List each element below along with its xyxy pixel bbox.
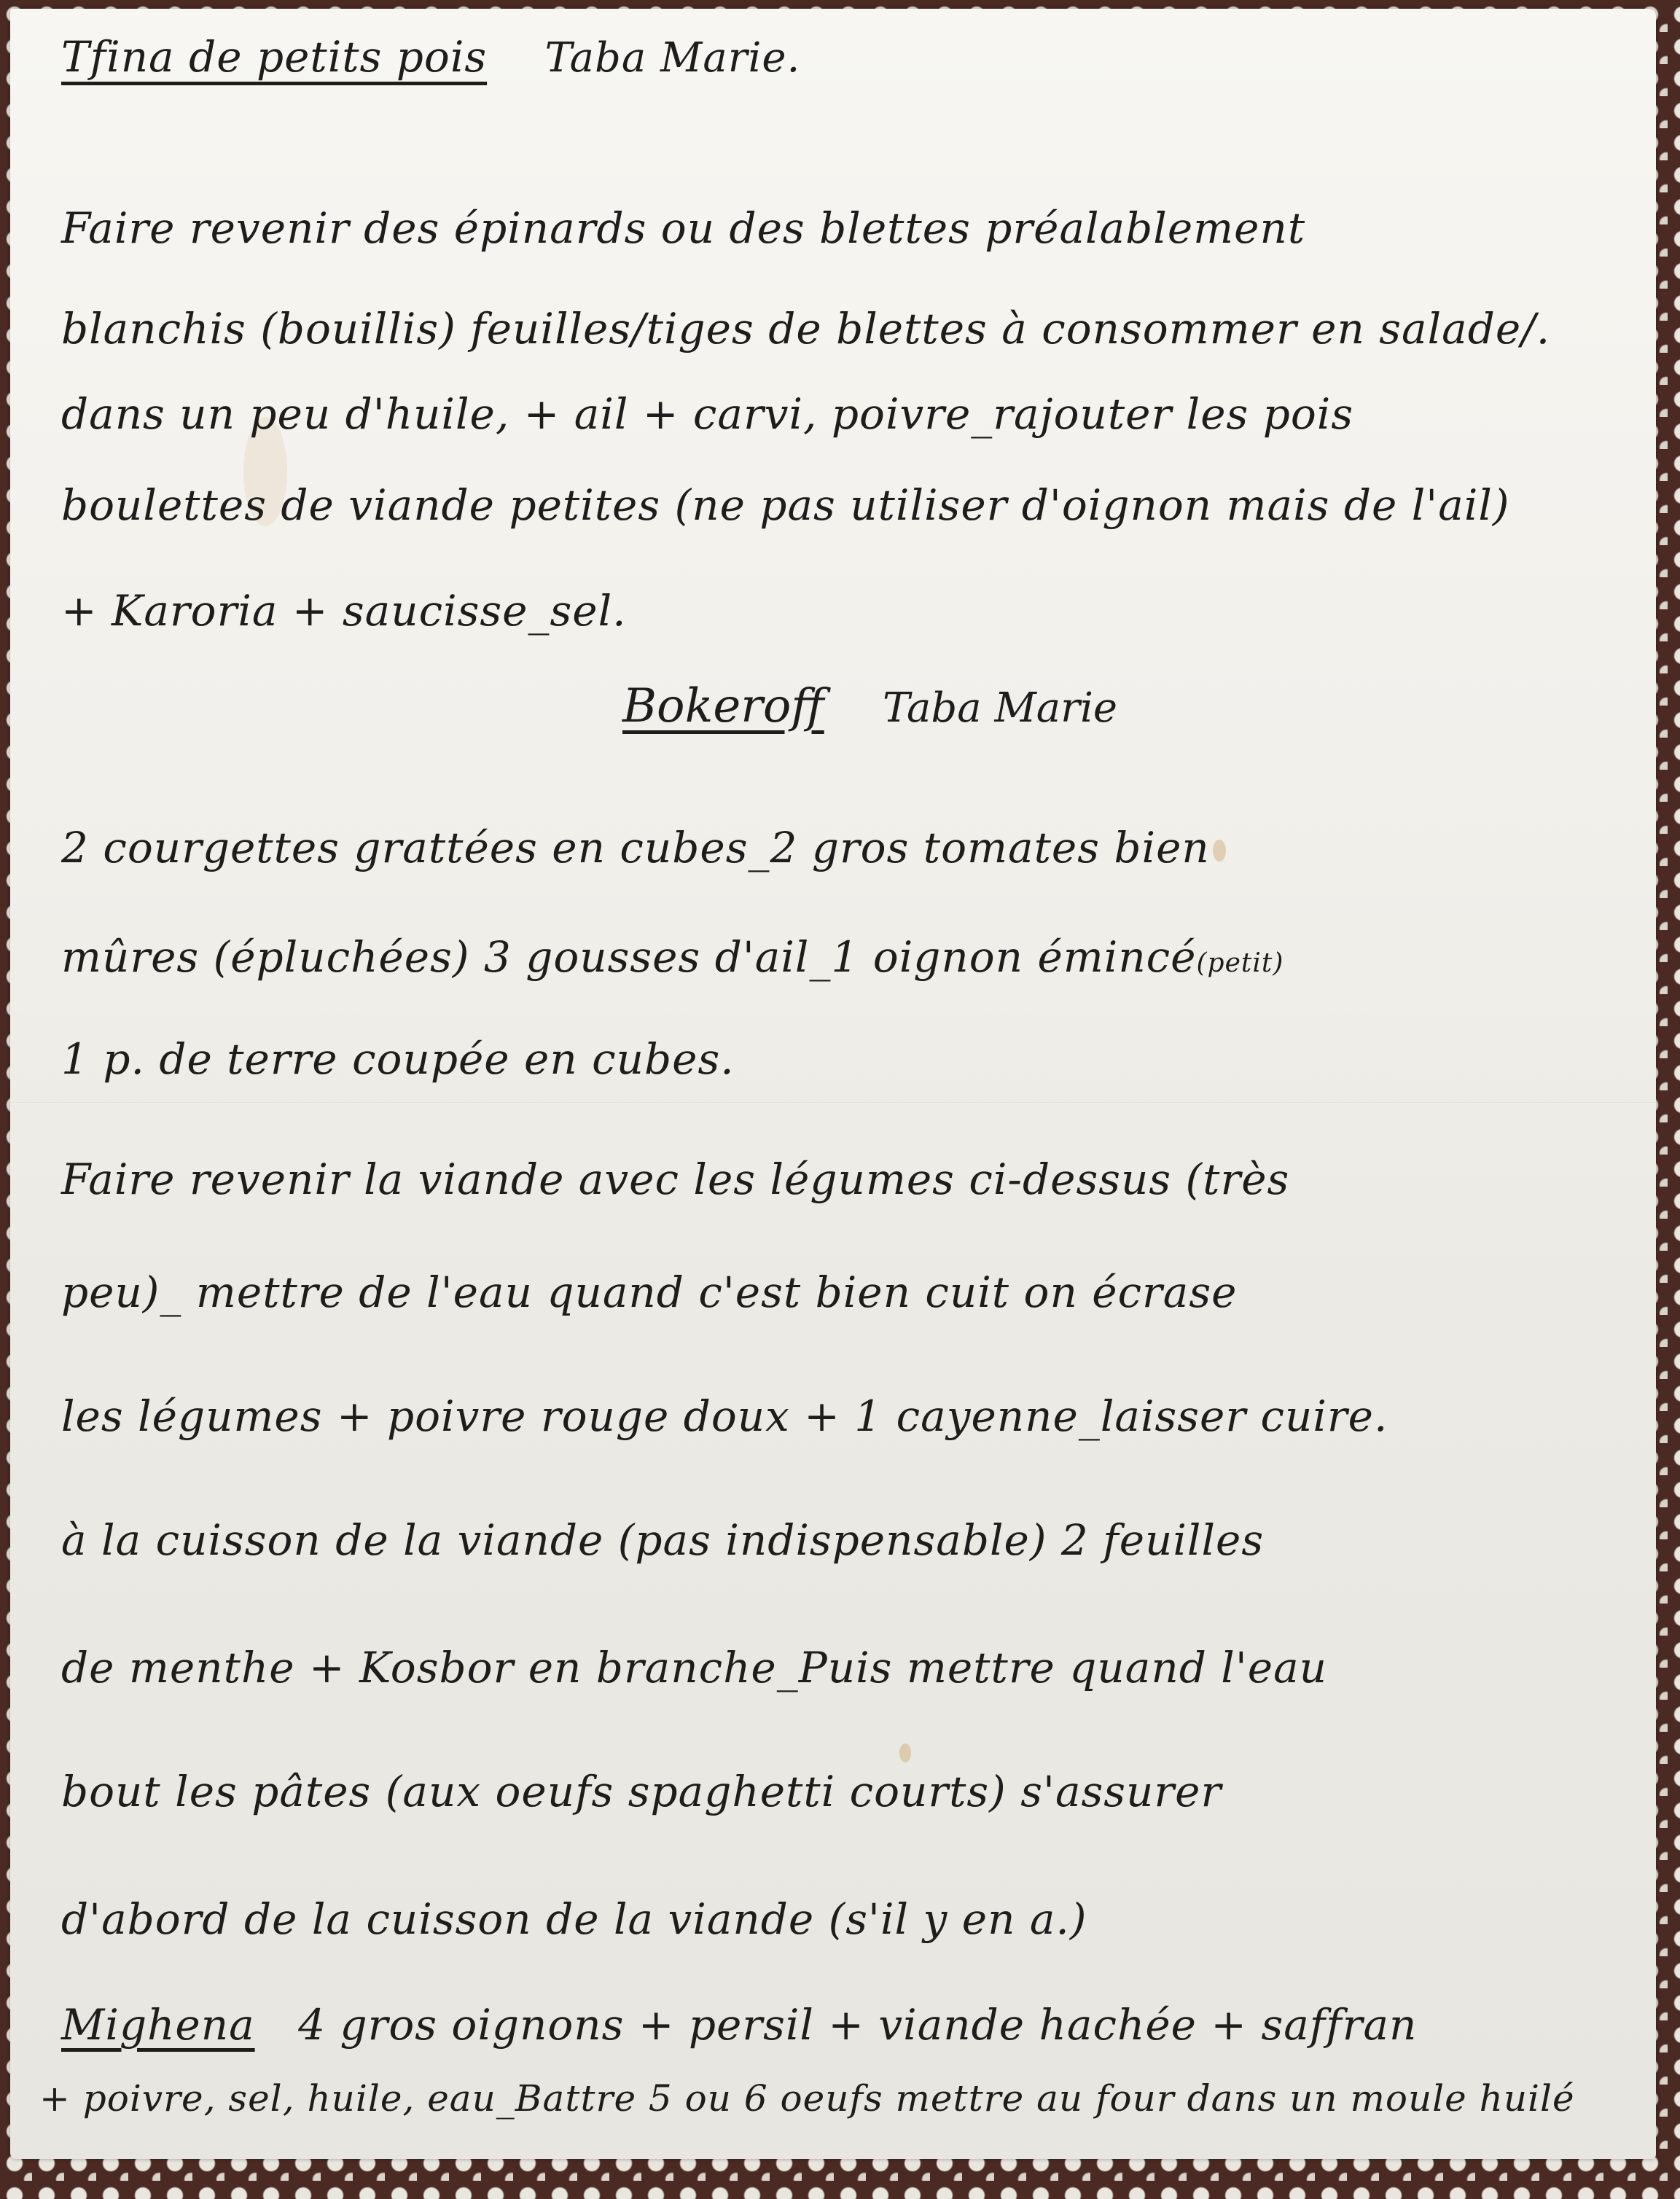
recipe-2-author: Taba Marie [883,684,1117,732]
recipe-1-author: Taba Marie. [545,34,801,82]
recipe-1-title: Tfina de petits pois [61,32,487,82]
recipe-3-line: + poivre, sel, huile, eau_Battre 5 ou 6 … [39,2079,1627,2119]
recipe-1-line: Faire revenir des épinards ou des blette… [61,206,1627,252]
recipe-2-line: 2 courgettes grattées en cubes_2 gros to… [61,825,1627,872]
recipe-3-title: Mighena [61,2000,255,2050]
recipe-2-line: mûres (épluchées) 3 gousses d'ail_1 oign… [61,934,1627,981]
recipe-2-line: les légumes + poivre rouge doux + 1 caye… [61,1394,1627,1440]
recipe-2-line: peu)_ mettre de l'eau quand c'est bien c… [61,1270,1627,1316]
recipe-2-line: de menthe + Kosbor en branche_Puis mettr… [61,1645,1627,1692]
recipe-3-line: 4 gros oignons + persil + viande hachée … [298,2000,1417,2050]
recipe-2-line: Faire revenir la viande avec les légumes… [61,1157,1627,1203]
paper-fold [10,1102,1656,1104]
recipe-1-header: Tfina de petits pois Taba Marie. [61,34,1627,81]
recipe-2-title: Bokeroff [622,679,824,733]
recipe-2-note-petit: (petit) [1196,948,1284,978]
recipe-1-line: + Karoria + saucisse_sel. [61,588,1627,635]
recipe-2-line: à la cuisson de la viande (pas indispens… [61,1518,1627,1564]
recipe-1-line: dans un peu d'huile, + ail + carvi, poiv… [61,391,1627,438]
recipe-1-line: boulettes de viande petites (ne pas util… [61,483,1627,529]
recipe-2-line: bout les pâtes (aux oeufs spaghetti cour… [61,1769,1627,1816]
recipe-2-line: d'abord de la cuisson de la viande (s'il… [61,1897,1627,1943]
recipe-2-line-text: mûres (épluchées) 3 gousses d'ail_1 oign… [61,932,1196,982]
recipe-1-line: blanchis (bouillis) feuilles/tiges de bl… [61,306,1627,353]
recipe-page: Tfina de petits pois Taba Marie. Faire r… [10,9,1656,2159]
recipe-3-header: Mighena 4 gros oignons + persil + viande… [61,2002,1627,2049]
recipe-2-header: Bokeroff Taba Marie [622,679,1117,733]
paper-stain [899,1743,911,1762]
recipe-2-line: 1 p. de terre coupée en cubes. [61,1036,1627,1083]
